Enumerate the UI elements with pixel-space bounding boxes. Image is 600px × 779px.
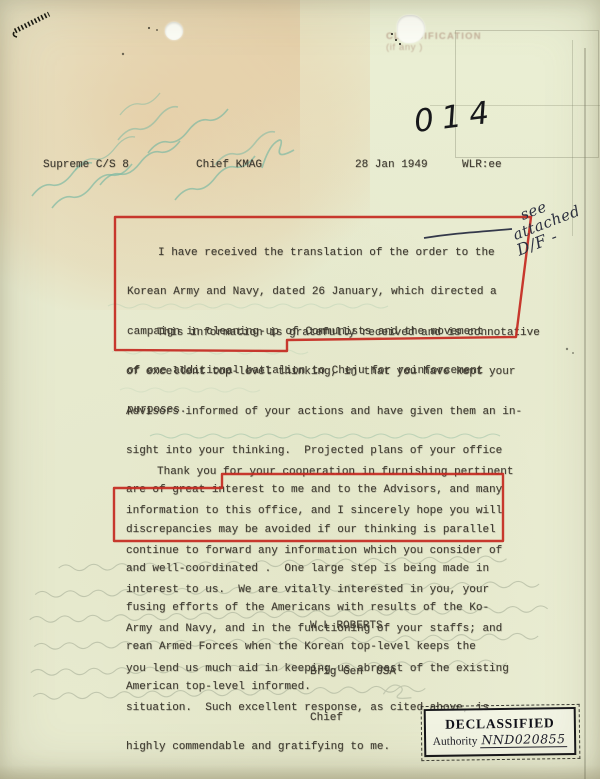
memo-line: Thank you for your cooperation in furnis…: [126, 466, 513, 479]
hole-speck: [391, 33, 393, 35]
memo-line: This information is gratefully received …: [126, 327, 540, 340]
declassified-stamp: DECLASSIFIED Authority NND020855: [421, 704, 581, 761]
signature-block: W L ROBERTS Brig Gen USA Chief: [310, 588, 396, 757]
stamp-authority-number: NND020855: [480, 731, 567, 748]
stamp-authority-label: Authority: [433, 735, 478, 748]
signature-title: Chief: [310, 711, 396, 726]
memo-line: Advisors informed of your actions and ha…: [126, 406, 540, 419]
memo-line: I have received the translation of the o…: [127, 247, 497, 260]
header-date: 28 Jan 1949: [355, 159, 428, 172]
hole-speck: [399, 43, 401, 45]
punch-hole-left: [165, 22, 183, 40]
header-reference: WLR:ee: [462, 159, 502, 172]
header-recipient: Chief KMAG: [196, 159, 262, 172]
signature-rank: Brig Gen USA: [310, 665, 396, 680]
memo-line: continue to forward any information whic…: [126, 545, 513, 558]
page-edge-line: [584, 48, 586, 779]
memo-line: information to this office, and I sincer…: [126, 505, 513, 518]
memo-line: Korean Army and Navy, dated 26 January, …: [127, 286, 497, 299]
header-office: Supreme C/S 8: [43, 159, 129, 172]
scanned-memo-page: CLASSIFICATION (if any ): [0, 0, 600, 779]
signature-name: W L ROBERTS: [310, 619, 396, 634]
memo-line: of excellent top-level thinking, in that…: [126, 366, 540, 379]
stamp-declassified-label: DECLASSIFIED: [445, 715, 555, 733]
stamp-inner-border: DECLASSIFIED Authority NND020855: [424, 707, 577, 757]
scan-bottom-shadow: [0, 765, 600, 779]
hole-speck: [395, 39, 397, 41]
